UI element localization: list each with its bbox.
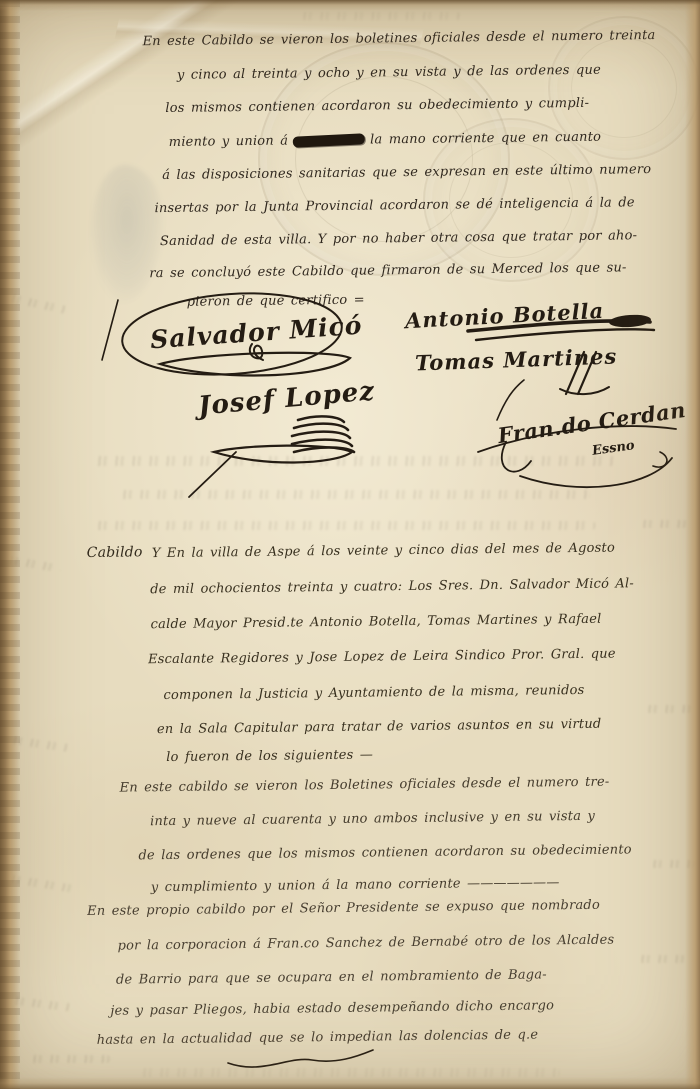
binding-edge-left [0, 0, 20, 1089]
signature-salvador-mico: Salvador Micó [149, 311, 363, 355]
page-edge-right [685, 0, 700, 1089]
manuscript-line: calde Mayor Presid.te Antonio Botella, T… [151, 612, 602, 633]
manuscript-line: de mil ochocientos treinta y cuatro: Los… [150, 576, 634, 597]
manuscript-page: En este Cabildo se vieron los boletines … [0, 0, 700, 1089]
ghost-writing [30, 1055, 110, 1063]
margin-note-cabildo: Cabildo [87, 544, 143, 561]
manuscript-line: de Barrio para que se ocupara en el nomb… [116, 967, 547, 987]
gray-seal-stamp [90, 165, 164, 303]
page-edge-top [0, 0, 700, 11]
manuscript-line: de las ordenes que los mismos contienen … [138, 842, 631, 863]
page-edge-bottom [0, 1077, 700, 1089]
signature-antonio-botella: Antonio Botella [404, 298, 604, 333]
ghost-writing [120, 490, 590, 499]
manuscript-line: y cumplimiento y union á la mano corrien… [151, 875, 560, 895]
signature-josef-lopez: Josef Lopez [197, 376, 376, 421]
manuscript-line: jes y pasar Pliegos, habia estado desemp… [110, 998, 554, 1018]
signature-escribano-abbr: Essno [591, 438, 635, 459]
manuscript-line: Escalante Regidores y Jose Lopez de Leir… [148, 647, 616, 668]
manuscript-line: hasta en la actualidad que se lo impedia… [97, 1028, 539, 1048]
manuscript-line: Y En la villa de Aspe á los veinte y cin… [152, 541, 615, 562]
manuscript-line: En este cabildo se vieron los Boletines … [120, 775, 610, 796]
embossed-seal [548, 16, 700, 160]
manuscript-line: En este propio cabildo por el Señor Pres… [87, 898, 600, 919]
signature-cerdan: Fran.do Cerdan [496, 397, 687, 448]
manuscript-line: por la corporacion á Fran.co Sanchez de … [117, 933, 614, 954]
signature-tomas-martines: Tomas Martines [415, 343, 618, 375]
ghost-writing [95, 521, 595, 530]
manuscript-line: componen la Justicia y Ayuntamiento de l… [163, 683, 584, 703]
manuscript-line: pieron de que certifico = [187, 293, 365, 310]
manuscript-line: inta y nueve al cuarenta y uno ambos inc… [150, 809, 595, 829]
ghost-writing [12, 996, 73, 1011]
manuscript-line: lo fueron de los siguientes — [166, 747, 373, 765]
ghost-writing [140, 1068, 560, 1077]
ghost-writing [95, 456, 615, 466]
embossed-seal [423, 118, 599, 282]
manuscript-line: en la Sala Capitular para tratar de vari… [157, 717, 602, 737]
